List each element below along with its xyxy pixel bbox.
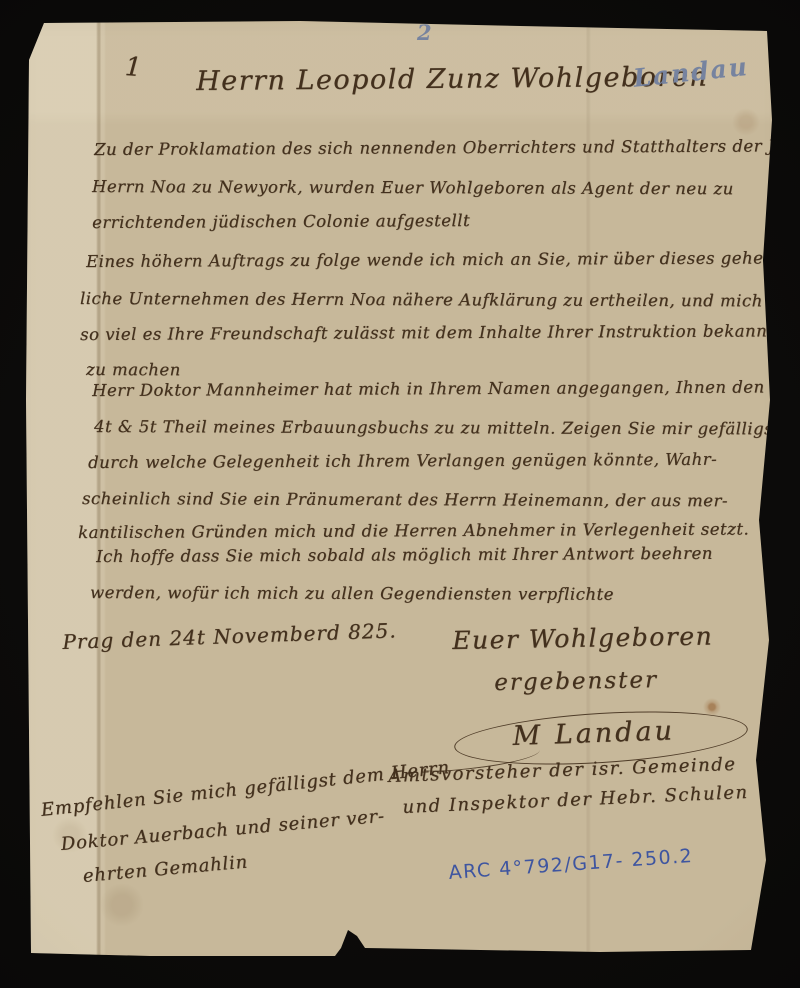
closing-line-2: ergebenster (494, 667, 658, 696)
body-line: durch welche Gelegenheit ich Ihrem Verla… (88, 450, 717, 489)
letter-page: 2 1 Herrn Leopold Zunz Wohlgeboren Landa… (0, 0, 800, 988)
catalog-number: ARC 4°792/G17- 250.2 (448, 845, 694, 884)
body-line: Ich hoffe dass Sie mich sobald als mögli… (96, 544, 713, 583)
body-line: Herrn Noa zu Newyork, wurden Euer Wohlge… (92, 177, 734, 215)
signature-title-2: und Inspektor der Hebr. Schulen (402, 782, 749, 818)
postscript-line: ehrten Gemahlin (82, 852, 249, 887)
body-line: werden, wofür ich mich zu allen Gegendie… (90, 583, 614, 621)
dateline: Prag den 24t Novemberd 825. (62, 618, 397, 654)
author-pencil-note: Landau (632, 52, 750, 93)
signature: M Landau (512, 715, 675, 752)
scan-background: 2 1 Herrn Leopold Zunz Wohlgeboren Landa… (0, 0, 800, 988)
blue-page-number: 2 (417, 20, 432, 45)
body-line: Zu der Proklamation des sich nennenden O… (94, 136, 800, 176)
body-line: Herr Doktor Mannheimer hat mich in Ihrem… (92, 377, 765, 417)
postscript-line: Empfehlen Sie mich gefälligst dem Herrn (40, 757, 451, 821)
body-line: so viel es Ihre Freundschaft zulässt mit… (80, 321, 775, 361)
closing-line-1: Euer Wohlgeboren (452, 621, 713, 655)
ink-page-number: 1 (124, 52, 143, 83)
body-line: Eines höhern Auftrags zu folge wende ich… (86, 248, 792, 288)
body-line: errichtenden jüdischen Colonie aufgestel… (92, 211, 470, 249)
